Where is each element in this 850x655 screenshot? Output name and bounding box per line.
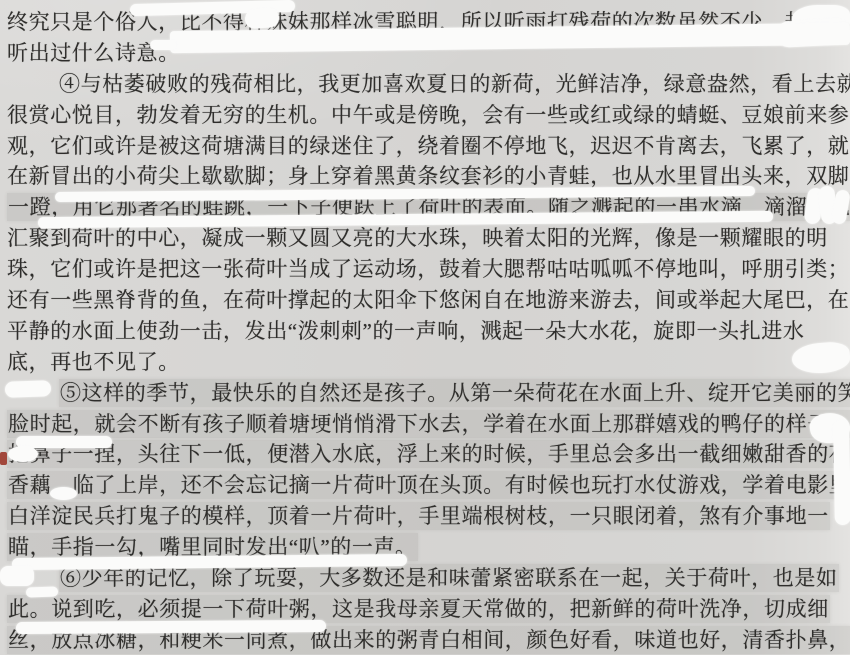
text-line: 白洋淀民兵打鬼子的模样，顶着一片荷叶，手里端根树枝，一只眼闭着，煞有介事地一 bbox=[7, 501, 847, 532]
text-line: 底，再也不见了。 bbox=[7, 347, 847, 378]
text-line-content: 平静的水面上使劲一击，发出“泼刺刺”的一声响，溅起一朵大水花，旋即一头扎进水 bbox=[7, 319, 804, 343]
text-line-content: 珠，它们或许是把这一张荷叶当成了运动场，鼓着大腮帮咕咕呱呱不停地叫，呼朋引类； bbox=[7, 257, 849, 281]
whiteout-mark bbox=[50, 487, 77, 500]
text-line: 汇聚到荷叶的中心，凝成一颗又圆又亮的大水珠，映着太阳的光辉，像是一颗耀眼的明 bbox=[7, 223, 847, 254]
text-line: 观，它们或许是被这荷塘满目的绿迷住了，绕着圈不停地飞，迟迟不肯离去，飞累了，就 bbox=[7, 131, 847, 162]
red-pen-mark bbox=[0, 452, 7, 465]
text-line: ④与枯萎破败的残荷相比，我更加喜欢夏日的新荷，光鲜洁净，绿意盎然，看上去就 bbox=[7, 69, 847, 100]
text-line-content: 白洋淀民兵打鬼子的模样，顶着一片荷叶，手里端根树枝，一只眼闭着，煞有介事地一 bbox=[7, 502, 830, 530]
text-line: 很赏心悦目，勃发着无穷的生机。中午或是傍晚，会有一些或红或绿的蜻蜓、豆娘前来参 bbox=[7, 100, 847, 131]
text-line-content: ⑤这样的季节，最快乐的自然还是孩子。从第一朵荷花在水面上升、绽开它美丽的笑 bbox=[59, 379, 850, 407]
text-line-content: 底，再也不见了。 bbox=[7, 350, 180, 374]
text-line-content: 汇聚到荷叶的中心，凝成一颗又圆又亮的大水珠，映着太阳的光辉，像是一颗耀眼的明 bbox=[7, 226, 828, 250]
text-line: 此。说到吃，必须提一下荷叶粥，这是我母亲夏天常做的，把新鲜的荷叶洗净，切成细 bbox=[7, 594, 847, 625]
whiteout-mark bbox=[244, 8, 279, 29]
whiteout-mark bbox=[5, 380, 52, 398]
text-line: 还有一些黑脊背的鱼，在荷叶撑起的太阳伞下悠闲自在地游来游去，间或举起大尾巴，在 bbox=[7, 285, 847, 316]
text-line-content: 脸时起，就会不断有孩子顺着塘埂悄悄滑下水去，学着在水面上那群嬉戏的鸭仔的样子， bbox=[7, 410, 850, 438]
text-line-content: 在新冒出的小荷尖上歇歇脚；身上穿着黑黄条纹套衫的小青蛙，也从水里冒出头来，双脚 bbox=[7, 164, 849, 188]
whiteout-mark bbox=[150, 40, 176, 50]
text-line-content: 很赏心悦目，勃发着无穷的生机。中午或是傍晚，会有一些或红或绿的蜻蜓、豆娘前来参 bbox=[7, 103, 849, 127]
text-line-content: ④与枯萎破败的残荷相比，我更加喜欢夏日的新荷，光鲜洁净，绿意盎然，看上去就 bbox=[59, 72, 850, 96]
text-line: 脸时起，就会不断有孩子顺着塘埂悄悄滑下水去，学着在水面上那群嬉戏的鸭仔的样子， bbox=[7, 409, 847, 440]
text-line: 平静的水面上使劲一击，发出“泼刺刺”的一声响，溅起一朵大水花，旋即一头扎进水 bbox=[7, 316, 847, 347]
whiteout-mark bbox=[0, 566, 34, 586]
text-line-content: 此。说到吃，必须提一下荷叶粥，这是我母亲夏天常做的，把新鲜的荷叶洗净，切成细 bbox=[7, 595, 830, 623]
whiteout-mark bbox=[8, 446, 38, 462]
scan-page: 终究只是个俗人，比不得林妹妹那样冰雪聪明，所以听雨打残荷的次数虽然不少，却从未听… bbox=[0, 0, 850, 655]
text-line-content: 还有一些黑脊背的鱼，在荷叶撑起的太阳伞下悠闲自在地游来游去，间或举起大尾巴，在 bbox=[7, 288, 849, 312]
whiteout-mark bbox=[26, 586, 58, 597]
text-line: 香藕，临了上岸，还不会忘记摘一片荷叶顶在头顶。有时候也玩打水仗游戏，学着电影里 bbox=[7, 470, 847, 501]
whiteout-mark bbox=[833, 420, 850, 525]
text-line: 珠，它们或许是把这一张荷叶当成了运动场，鼓着大腮帮咕咕呱呱不停地叫，呼朋引类； bbox=[7, 254, 847, 285]
text-line-content: 观，它们或许是被这荷塘满目的绿迷住了，绕着圈不停地飞，迟迟不肯离去，飞累了，就 bbox=[7, 134, 849, 158]
text-line-content: 香藕，临了上岸，还不会忘记摘一片荷叶顶在头顶。有时候也玩打水仗游戏，学着电影里 bbox=[7, 471, 850, 499]
text-line: ⑤这样的季节，最快乐的自然还是孩子。从第一朵荷花在水面上升、绽开它美丽的笑 bbox=[7, 378, 847, 409]
text-line-content: 把鼻子一捏，头往下一低，便潜入水底，浮上来的时候，手里总会多出一截细嫩甜香的花 bbox=[7, 440, 850, 468]
text-line: 把鼻子一捏，头往下一低，便潜入水底，浮上来的时候，手里总会多出一截细嫩甜香的花 bbox=[7, 439, 847, 470]
whiteout-mark bbox=[16, 620, 326, 634]
